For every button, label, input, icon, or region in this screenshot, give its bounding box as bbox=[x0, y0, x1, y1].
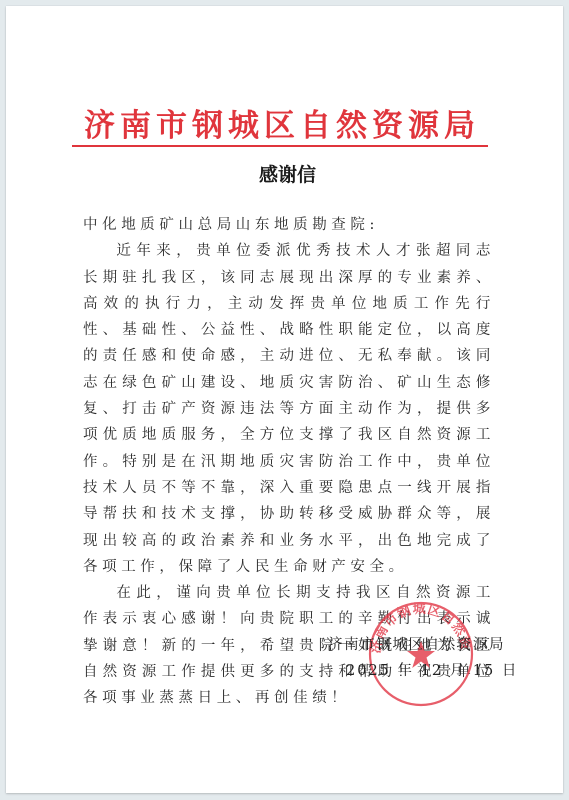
body-paragraph: 近年来，贵单位委派优秀技术人才张超同志长期驻扎我区，该同志展现出深厚的专业素养、… bbox=[83, 238, 495, 580]
official-seal: 济南市钢城区自然资源局 bbox=[367, 599, 475, 709]
document-title: 感谢信 bbox=[0, 160, 569, 187]
signature-organization: 济南市钢城区自然资源局 bbox=[328, 633, 498, 654]
letterhead-divider bbox=[72, 145, 488, 147]
signature-date: 2025 年 12 月 15 日 bbox=[346, 659, 518, 680]
salutation: 中化地质矿山总局山东地质勘查院: bbox=[83, 212, 495, 238]
letterhead-title: 济南市钢城区自然资源局 bbox=[76, 108, 488, 144]
